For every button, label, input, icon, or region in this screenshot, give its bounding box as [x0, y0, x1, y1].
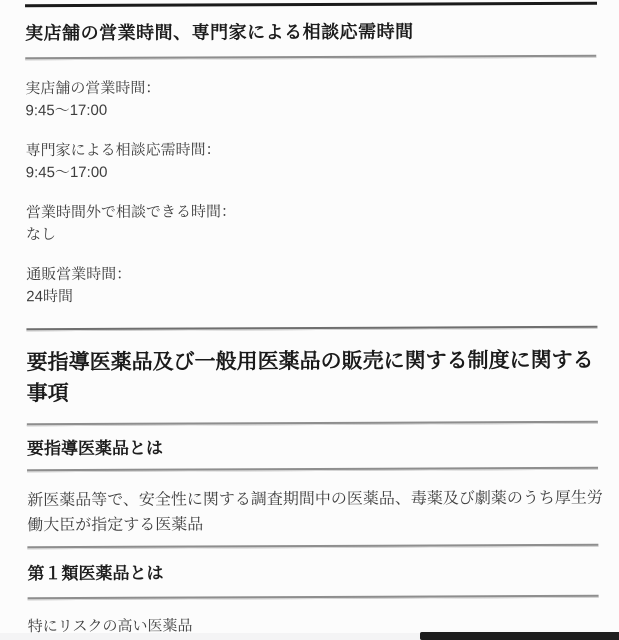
hours-item-expert: 専門家による相談応需時間： 9:45〜17:00	[26, 138, 597, 184]
divider	[27, 467, 598, 472]
hours-item-label: 専門家による相談応需時間：	[26, 138, 597, 162]
hours-item-store: 実店舗の営業時間： 9:45〜17:00	[25, 76, 596, 122]
hours-item-value: 9:45〜17:00	[26, 160, 597, 184]
hours-item-label: 通販営業時間：	[26, 262, 597, 286]
bottom-edge-bar	[420, 632, 619, 640]
regulation-section-heading: 要指導医薬品及び一般用医薬品の販売に関する制度に関する事項	[27, 345, 598, 409]
hours-item-value: 24時間	[26, 284, 597, 308]
divider	[26, 326, 597, 331]
divider	[27, 421, 598, 426]
hours-item-mailorder: 通販営業時間： 24時間	[26, 262, 597, 308]
divider	[27, 544, 598, 549]
hours-item-label: 実店舗の営業時間：	[25, 76, 596, 100]
divider	[25, 55, 596, 60]
document-page: 実店舗の営業時間、専門家による相談応需時間 実店舗の営業時間： 9:45〜17:…	[0, 0, 619, 640]
subsection-body-yoshido: 新医薬品等で、安全性に関する調査期間中の医薬品、毒薬及び劇薬のうち厚生労働大臣が…	[27, 486, 605, 539]
hours-item-value: 9:45〜17:00	[25, 98, 596, 122]
top-divider	[25, 2, 597, 7]
hours-item-afterhours: 営業時間外で相談できる時間： なし	[26, 200, 597, 246]
document-content: 実店舗の営業時間、専門家による相談応需時間 実店舗の営業時間： 9:45〜17:…	[25, 0, 599, 638]
hours-item-label: 営業時間外で相談できる時間：	[26, 200, 597, 224]
subsection-heading-yoshido: 要指導医薬品とは	[27, 436, 598, 460]
subsection-heading-class1: 第１類医薬品とは	[27, 561, 598, 585]
hours-item-value: なし	[26, 222, 597, 246]
divider	[28, 595, 599, 600]
hours-section-heading: 実店舗の営業時間、専門家による相談応需時間	[25, 18, 596, 46]
